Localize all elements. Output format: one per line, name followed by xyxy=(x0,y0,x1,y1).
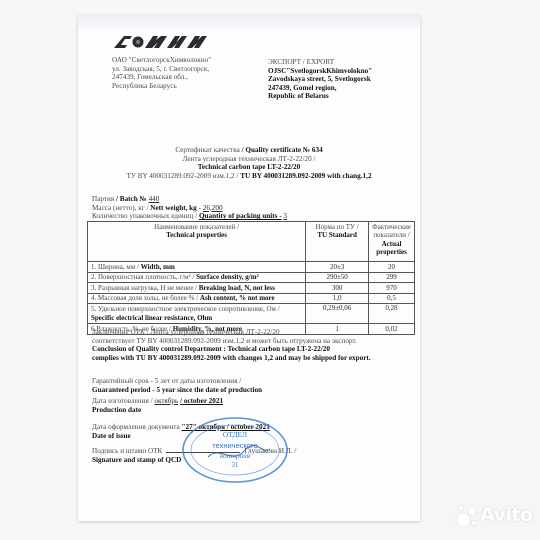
row-standard: 1,0 xyxy=(306,293,369,304)
product-en: Technical carbon tape LT-2-22/20 xyxy=(78,163,420,172)
batch-info: Партия / Batch № 440 Масса (нетто), кг /… xyxy=(92,195,287,221)
signature-label-ru: Подпись и штамп ОТК xyxy=(92,447,162,455)
svg-text:ОТДЕЛ: ОТДЕЛ xyxy=(223,430,247,439)
header-standard-ru: Норма по ТУ / xyxy=(309,223,365,231)
row-standard: 0,29±0,06 xyxy=(306,304,369,324)
table-header-row: Наименование показателей / Technical pro… xyxy=(88,222,415,262)
row-property-ru: 5. Удельное поверхностное электрическое … xyxy=(91,305,302,313)
production-date: Дата изготовления / октябрь / october 20… xyxy=(92,397,223,414)
production-value-en: october 2021 xyxy=(184,397,223,405)
row-property: 5. Удельное поверхностное электрическое … xyxy=(88,304,306,324)
row-property: 2. Поверхностная плотность, г/м² / Surfa… xyxy=(88,272,306,283)
svg-text:31: 31 xyxy=(232,461,240,469)
title-ru: Сертификат качества xyxy=(175,146,239,154)
header-property: Наименование показателей / Technical pro… xyxy=(88,222,306,262)
row-actual: 0,28 xyxy=(369,304,415,324)
export-line: Zavodskaya street, 5, Svetlogorsk xyxy=(268,75,372,84)
export-line: 247439, Gomel region, xyxy=(268,84,372,93)
batch-label-en: / Batch № xyxy=(116,195,147,203)
export-line: Republic of Belarus xyxy=(268,92,372,101)
table-row: 1. Ширина, мм / Width, mm 20±3 20 xyxy=(88,262,415,273)
header-actual-ru: Фактические показатели / xyxy=(372,223,411,240)
header-standard-en: TU Standard xyxy=(309,231,365,239)
row-property-ru: 1. Ширина, мм / xyxy=(91,263,139,271)
sender-line: 247439, Гомельская обл., xyxy=(112,73,211,82)
weight-label-en: Nett weight, kg xyxy=(150,204,197,212)
conclusion-en-1: Conclusion of Quality control Department… xyxy=(92,345,371,354)
avito-text: Avito xyxy=(480,504,533,526)
company-logo-icon xyxy=(112,35,208,49)
properties-table: Наименование показателей / Technical pro… xyxy=(87,221,415,335)
row-property-ru: 3. Разрывная нагрузка, Н не менее / xyxy=(91,284,197,292)
certificate-title: Сертификат качества / Quality certificat… xyxy=(78,146,420,180)
row-property-en: Width, mm xyxy=(141,263,175,271)
row-actual: 20 xyxy=(369,262,415,273)
production-label-ru: Дата изготовления / xyxy=(92,397,153,405)
production-label-en: Production date xyxy=(92,406,223,415)
sender-line: Республика Беларусь xyxy=(112,82,211,91)
batch-label-ru: Партия xyxy=(92,195,114,203)
row-property-en: Surface density, g/m² xyxy=(196,273,259,281)
row-property-en: Specific electrical linear resistance, O… xyxy=(91,314,302,322)
row-actual: 299 xyxy=(369,272,415,283)
avito-watermark: Avito xyxy=(455,501,540,531)
product-ru: Лента углеродная техническая ЛТ-2-22/20 … xyxy=(78,155,420,164)
row-actual: 0,02 xyxy=(369,324,415,335)
row-property-ru: 4. Массовая доля золы, не более % / xyxy=(91,294,198,302)
sender-line: ул. Заводская, 5, г. Светлогорск, xyxy=(112,65,211,74)
table-row: 5. Удельное поверхностное электрическое … xyxy=(88,304,415,324)
qc-conclusion: Заключение ОТК : Лента углеродная технич… xyxy=(92,328,371,362)
row-property-en: Ash content, % not more xyxy=(200,294,275,302)
warranty-en: Guaranteed period - 5 year since the dat… xyxy=(92,386,262,395)
units-value: 3 xyxy=(283,212,287,220)
row-property: 3. Разрывная нагрузка, Н не менее / Brea… xyxy=(88,283,306,294)
standard-en: TU BY 400031289.092-2009 with chang.1,2 xyxy=(240,172,371,180)
certificate-document: ОАО "СветлогорскХимволокно" ул. Заводска… xyxy=(78,15,420,521)
row-standard: 300 xyxy=(306,283,369,294)
table-row: 4. Массовая доля золы, не более % / Ash … xyxy=(88,293,415,304)
conclusion-ru-1: Заключение ОТК : Лента углеродная технич… xyxy=(92,328,371,337)
batch-number: 440 xyxy=(149,195,160,203)
row-standard: 290±50 xyxy=(306,272,369,283)
sender-address: ОАО "СветлогорскХимволокно" ул. Заводска… xyxy=(112,56,211,90)
row-property: 4. Массовая доля золы, не более % / Ash … xyxy=(88,293,306,304)
export-line: OJSC"SvetlogorskKhimvolokno" xyxy=(268,67,372,76)
production-value-ru: октябрь xyxy=(154,397,178,405)
header-property-ru: Наименование показателей / xyxy=(91,223,302,231)
avito-logo-icon xyxy=(455,503,479,529)
header-standard: Норма по ТУ / TU Standard xyxy=(306,222,369,262)
qcd-stamp-icon: ОТДЕЛ технического контроля 31 xyxy=(180,415,290,485)
row-actual: 0,5 xyxy=(369,293,415,304)
units-label-en: Quantity of packing units - xyxy=(199,212,282,220)
warranty-ru: Гарантийный срок - 5 лет от даты изготов… xyxy=(92,377,262,386)
issue-label-ru: Дата оформления документа xyxy=(92,423,180,431)
row-property-ru: 2. Поверхностная плотность, г/м² / xyxy=(91,273,194,281)
table-row: 2. Поверхностная плотность, г/м² / Surfa… xyxy=(88,272,415,283)
export-address: ЭКСПОРТ / EXPORT OJSC"SvetlogorskKhimvol… xyxy=(268,58,372,101)
row-property: 1. Ширина, мм / Width, mm xyxy=(88,262,306,273)
units-label-ru: Количество упаковочных единиц / xyxy=(92,212,197,220)
header-actual-en: Actual properties xyxy=(372,240,411,257)
conclusion-en-2: complies with TU BY 400031289.092-2009 w… xyxy=(92,354,371,363)
sender-line: ОАО "СветлогорскХимволокно" xyxy=(112,56,211,65)
weight-value: 26,200 xyxy=(203,204,223,212)
warranty-period: Гарантийный срок - 5 лет от даты изготов… xyxy=(92,377,262,394)
row-property-en: Breaking load, N, not less xyxy=(199,284,275,292)
row-standard: 20±3 xyxy=(306,262,369,273)
table-row: 3. Разрывная нагрузка, Н не менее / Brea… xyxy=(88,283,415,294)
header-actual: Фактические показатели / Actual properti… xyxy=(369,222,415,262)
title-en: / Quality certificate № 634 xyxy=(242,146,323,154)
row-actual: 970 xyxy=(369,283,415,294)
conclusion-ru-2: соответствует ТУ BY 400031289.092-2009 и… xyxy=(92,337,371,346)
standard-ru: ТУ BY 400031289.092-2009 изм.1,2 / xyxy=(126,172,238,180)
header-property-en: Technical properties xyxy=(91,231,302,239)
weight-label-ru: Масса (нетто), кг / xyxy=(92,204,148,212)
svg-text:контроля: контроля xyxy=(220,451,251,460)
export-heading: ЭКСПОРТ / EXPORT xyxy=(268,58,372,67)
